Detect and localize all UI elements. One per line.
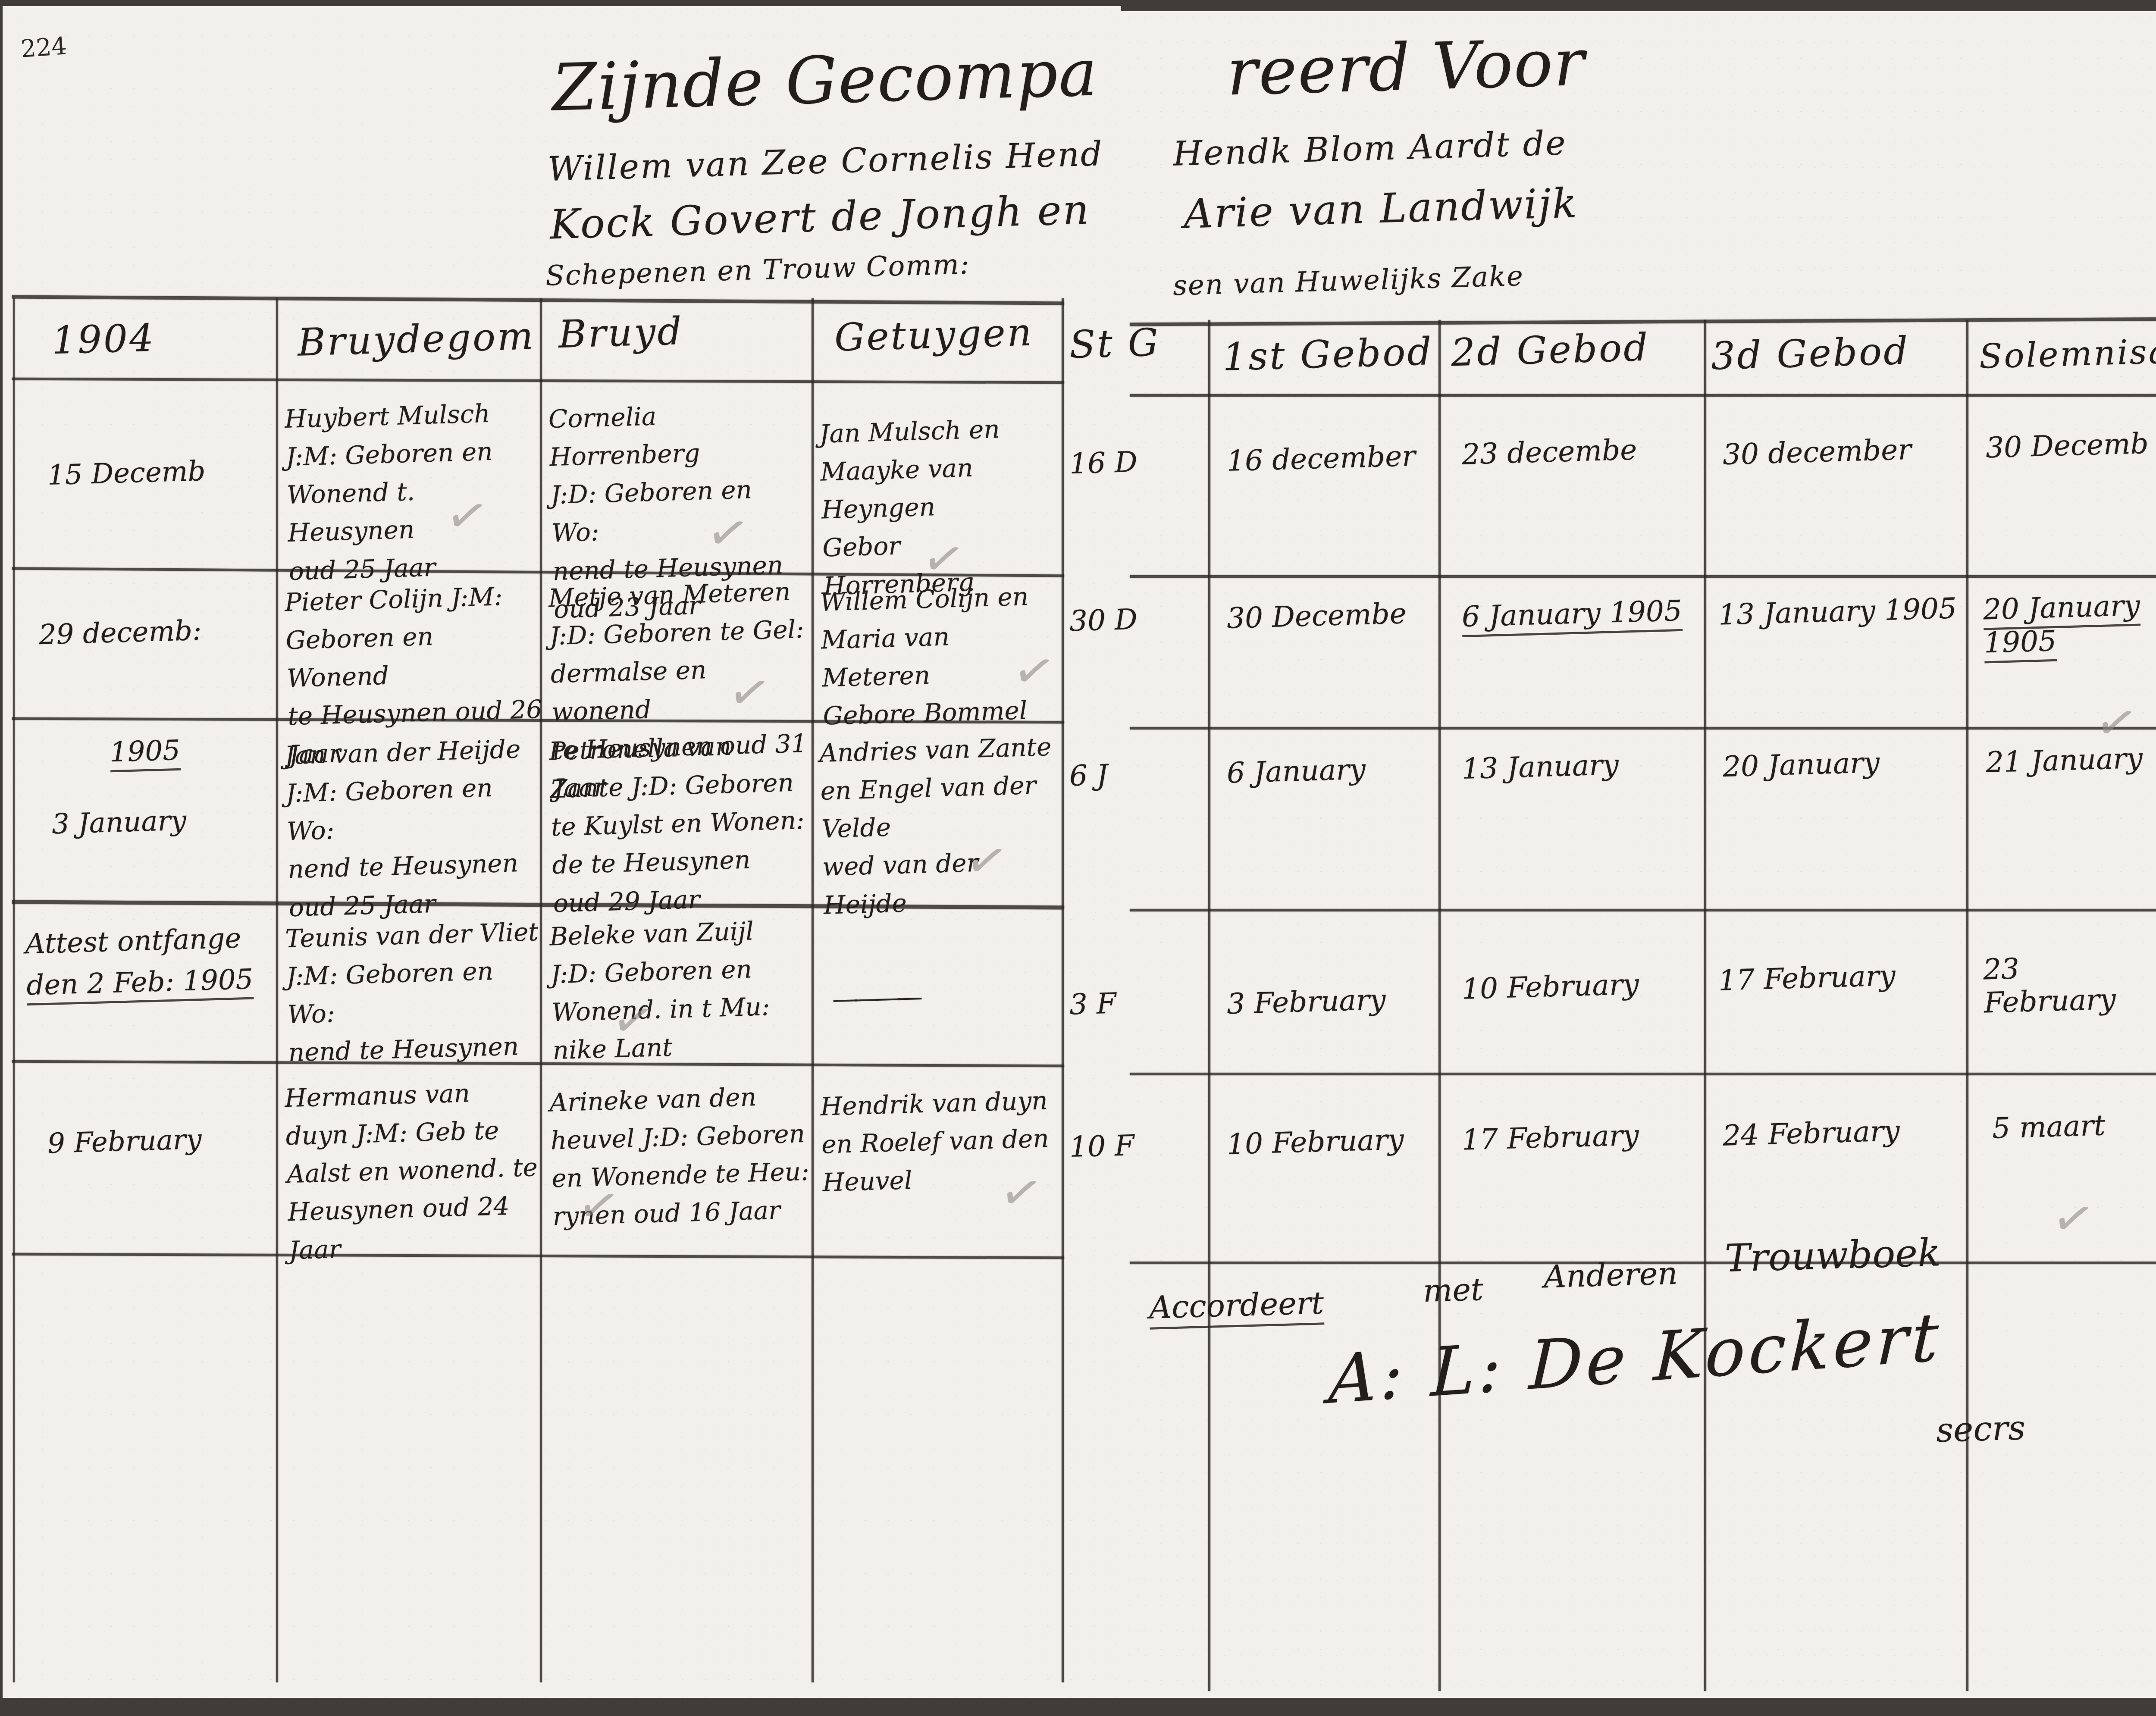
table-line (1130, 727, 2156, 730)
row-gutter-sliver: 30 D (1069, 603, 1138, 638)
row-bride: Petronella van Zante J:D: Geboren te Kuy… (548, 725, 812, 922)
column-header-gebod2: 2d Gebod (1451, 325, 1650, 375)
column-header-solemnisatie: Solemnisatie (1979, 331, 2156, 376)
row-gebod2: 23 decembe (1461, 433, 1637, 471)
footer-met: met (1423, 1271, 1484, 1309)
table-line (1062, 298, 1064, 1682)
row-gebod2: 10 February (1461, 968, 1639, 1005)
row-solemnisatie: 23 February (1983, 948, 2156, 1019)
row-bridegroom: Teunis van der Vliet J:M: Geboren en Wo:… (285, 913, 543, 1072)
row-gebod1: 6 January (1226, 753, 1366, 790)
row-date: 3 January (51, 800, 187, 845)
date-text: 20 January 1905 (1983, 589, 2140, 663)
row-gebod3: 20 January (1722, 746, 1880, 783)
row-gebod1: 3 February (1226, 983, 1386, 1021)
row-gebod2: 17 February (1461, 1118, 1639, 1156)
footer-text: Accordeert (1149, 1284, 1325, 1329)
row-gebod3: 17 February (1718, 959, 1896, 997)
row-gutter-sliver: 3 F (1069, 986, 1117, 1021)
footer-trouwboek: Trouwboek (1724, 1230, 1941, 1281)
row-witnesses-dash: ———— (832, 982, 919, 1015)
table-line (812, 298, 814, 1682)
table-line (1130, 575, 2156, 578)
table-line (1704, 320, 1706, 1691)
row-gutter-sliver: 16 D (1069, 445, 1138, 480)
row-solemnisatie: 5 maart (1992, 1109, 2106, 1145)
table-line (1208, 320, 1210, 1691)
date-text: 6 January 1905 (1461, 594, 1683, 637)
footer-accordeert: Accordeert (1149, 1284, 1324, 1325)
row-bridegroom: Huybert Mulsch J:M: Geboren en Wonend t.… (284, 393, 537, 590)
row-date: Attest ontfangeden 2 Feb: 1905 (25, 917, 254, 1007)
row-gebod2: 13 January (1461, 748, 1619, 786)
table-line (1130, 909, 2156, 911)
row-date: 9 February (47, 1119, 202, 1165)
row-year-note: 1905 (110, 730, 181, 773)
table-line (1130, 1073, 2156, 1075)
column-header-bride: Bruyd (558, 309, 684, 357)
date-text: 1905 (110, 735, 181, 773)
row-bridegroom: Jan van der Heijde J:M: Geboren en Wo: n… (284, 730, 544, 927)
row-gutter-sliver: 10 F (1069, 1129, 1135, 1164)
row-bride: Beleke van Zuijl J:D: Geboren en Wonend.… (549, 911, 812, 1070)
page-number-left: 224 (20, 32, 68, 63)
date-text: den 2 Feb: 1905 (26, 964, 254, 1006)
row-gebod3: 13 January 1905 (1718, 592, 1957, 631)
column-header-gutter: St G (1069, 320, 1161, 367)
row-gebod1: 30 Decembe (1226, 597, 1407, 635)
date-text: Attest ontfange (25, 922, 242, 960)
row-solemnisatie: 20 January 1905 (1983, 588, 2156, 659)
date-text: 15 Decemb (47, 455, 206, 492)
row-solemnisatie: 30 Decemb (1985, 427, 2149, 465)
table-line (1438, 320, 1441, 1691)
column-header-gebod3: 3d Gebod (1711, 329, 1910, 379)
column-header-year: 1904 (51, 316, 156, 363)
heading-script-right: reerd Voor (1226, 25, 1586, 110)
row-bridegroom: Hermanus van duyn J:M: Geb te Aalst en w… (284, 1072, 544, 1269)
row-gutter-sliver: 6 J (1069, 758, 1109, 792)
table-line (1966, 320, 1968, 1691)
column-header-bridegroom: Bruydegom (297, 313, 536, 364)
table-line (1130, 394, 2156, 397)
column-header-gebod1: 1st Gebod (1222, 329, 1434, 379)
column-header-witnesses: Getuygen (834, 310, 1034, 360)
row-gebod3: 24 February (1722, 1114, 1900, 1152)
heading-script-left: Zijnde Gecompa (551, 35, 1099, 125)
signature-secr: secrs (1936, 1409, 2026, 1450)
row-gebod2: 6 January 1905 (1461, 594, 1683, 633)
row-gebod1: 10 February (1226, 1123, 1404, 1161)
row-date: 29 decemb: (38, 610, 202, 656)
row-gebod3: 30 december (1722, 433, 1912, 471)
row-date: 15 Decemb (47, 451, 206, 496)
table-line (13, 298, 15, 1682)
row-gebod1: 16 december (1226, 439, 1416, 478)
table-line (276, 298, 278, 1682)
footer-anderen: Anderen (1543, 1255, 1678, 1295)
scanned-register-spread: 224 225 Zijnde Gecompa reerd Voor Willem… (0, 0, 2156, 1716)
row-witnesses: Andries van Zante en Engel van der Velde… (819, 727, 1065, 924)
date-text: 29 decemb: (38, 615, 202, 651)
